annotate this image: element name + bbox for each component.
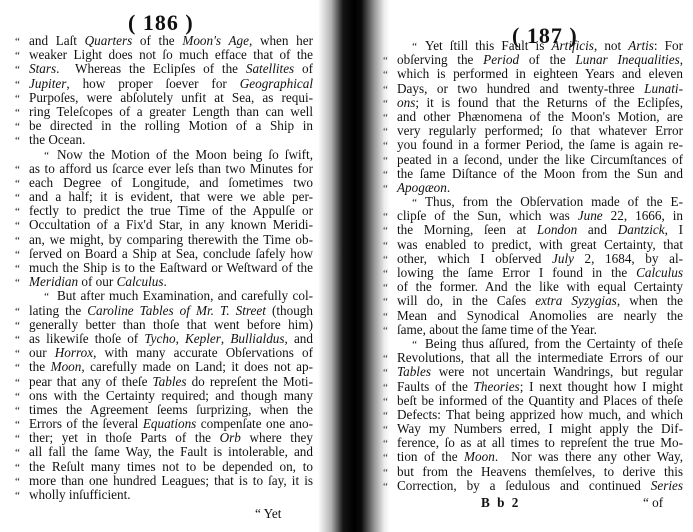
text-line: “Mean and Synodical Anomolies are nearly… xyxy=(383,309,683,323)
text-line: “the ſame Diſtance of the Moon from the … xyxy=(383,167,683,181)
quote-mark: “ xyxy=(15,446,29,460)
quote-mark: “ xyxy=(15,63,29,77)
text-line: “the Reſult many times not to be depende… xyxy=(15,460,313,474)
line-text: Yet ſtill this Fault is Artificis, not A… xyxy=(421,39,683,53)
line-text: Errors of the ſeveral Equations compenſa… xyxy=(29,417,313,431)
quote-mark: “ xyxy=(15,92,29,106)
text-line: “very regularly performed; ſo that whate… xyxy=(383,124,683,138)
line-text: Jupiter, how proper ſoever for Geographi… xyxy=(29,77,313,91)
line-text: other, which I obſerved July 2, 1684, by… xyxy=(397,252,683,266)
line-text: our Horrox, with many accurate Obſervati… xyxy=(29,346,313,360)
line-text: ference, ſo as at all times to repreſent… xyxy=(397,436,683,450)
line-text: Mean and Synodical Anomolies are nearly … xyxy=(397,309,683,323)
text-line: “Meridian of our Calculus. xyxy=(15,275,313,289)
line-text: ſerved on Board a Ship at Sea, conclude … xyxy=(29,247,313,261)
quote-mark: “ xyxy=(15,191,29,205)
quote-mark: “ xyxy=(15,404,29,418)
text-line: “fectly to predict the true Time of the … xyxy=(15,204,313,218)
line-text: Now the Motion of the Moon being ſo ſwif… xyxy=(53,148,313,162)
line-text: the Moon, carefully made on Land; it doe… xyxy=(29,360,313,374)
line-text: and a half; it is evident, that were we … xyxy=(29,190,313,204)
line-text: Defects: That being apprized how much, a… xyxy=(397,408,683,422)
signature-mark: B b 2 xyxy=(481,495,520,511)
line-text: but from the Heavens themſelves, to deri… xyxy=(397,465,683,479)
line-text: Occultation of a Fix'd Star, in any know… xyxy=(29,218,313,232)
quote-mark: “ xyxy=(15,248,29,262)
text-line: “be directed in the rolling Motion of a … xyxy=(15,119,313,133)
line-text: Way my Numbers erred, I might apply the … xyxy=(397,422,683,436)
quote-mark: “ xyxy=(15,390,29,404)
text-line: “you found in a former Period, the ſame … xyxy=(383,138,683,152)
text-line: “Stars. Whereas the Eclipſes of the Sate… xyxy=(15,62,313,76)
text-line: “Now the Motion of the Moon being ſo ſwi… xyxy=(15,148,313,162)
text-line: “Occultation of a Fix'd Star, in any kno… xyxy=(15,218,313,232)
text-line: “Correction, by a ſedulous and continued… xyxy=(383,479,683,493)
line-text: more than one hundred Leagues; that is t… xyxy=(29,474,313,488)
line-text: Tables were not uncertain Wandrings, but… xyxy=(397,365,683,379)
text-line: “tion of the Moon. Nor was there any oth… xyxy=(383,450,683,464)
text-line: “But after much Examination, and careful… xyxy=(15,289,313,303)
quote-mark: “ xyxy=(15,234,29,248)
text-line: “our Horrox, with many accurate Obſervat… xyxy=(15,346,313,360)
text-line: “the Morning, ſeen at London and Dantzic… xyxy=(383,223,683,237)
line-text: pear that any of theſe Tables do repreſe… xyxy=(29,375,313,389)
text-line: “as to afford us ſcarce ever leſs than t… xyxy=(15,162,313,176)
line-text: Meridian of our Calculus. xyxy=(29,275,313,289)
text-line: “will do, in the Caſes extra Syzygias, w… xyxy=(383,294,683,308)
text-line: “times the Agreement ſeems ſurprizing, w… xyxy=(15,403,313,417)
text-line: “ring Teleſcopes of a greater Length tha… xyxy=(15,105,313,119)
text-line: “ſame, about the ſame time of the Year. xyxy=(383,323,683,337)
text-line: “pear that any of theſe Tables do repreſ… xyxy=(15,375,313,389)
text-line: “beſt be informed of the Quantity and Pl… xyxy=(383,394,683,408)
line-text: ring Teleſcopes of a greater Length than… xyxy=(29,105,313,119)
text-line: “Jupiter, how proper ſoever for Geograph… xyxy=(15,77,313,91)
line-text: the Morning, ſeen at London and Dantzick… xyxy=(397,223,683,237)
catchword: “ of xyxy=(643,495,663,511)
quote-mark: “ xyxy=(15,489,29,503)
line-text: Being thus aſſured, from the Certainty o… xyxy=(421,337,683,351)
text-line: “ference, ſo as at all times to repreſen… xyxy=(383,436,683,450)
line-text: tion of the Moon. Nor was there any othe… xyxy=(397,450,683,464)
text-line: “and other Phænomena of the Moon's Motio… xyxy=(383,110,683,124)
line-text: weaker Light does not ſo much efface tha… xyxy=(29,48,313,62)
text-line: “obſerving the Period of the Lunar Inequ… xyxy=(383,53,683,67)
text-line: “clipſe of the Sun, which was June 22, 1… xyxy=(383,209,683,223)
text-line: “other, which I obſerved July 2, 1684, b… xyxy=(383,252,683,266)
text-line: “weaker Light does not ſo much efface th… xyxy=(15,48,313,62)
right-page: ( 187 ) “Yet ſtill this Fault is Artific… xyxy=(353,0,693,532)
text-line: “Days, or two hundred and twenty-three L… xyxy=(383,82,683,96)
text-line: “ſerved on Board a Ship at Sea, conclude… xyxy=(15,247,313,261)
line-text: clipſe of the Sun, which was June 22, 16… xyxy=(397,209,683,223)
quote-mark: “ xyxy=(15,163,29,177)
line-text: ſame, about the ſame time of the Year. xyxy=(397,323,683,337)
line-text: But after much Examination, and carefull… xyxy=(53,289,313,303)
quote-mark: “ xyxy=(15,305,29,319)
right-page-text: “Yet ſtill this Fault is Artificis, not … xyxy=(383,39,683,493)
line-text: Stars. Whereas the Eclipſes of the Satel… xyxy=(29,62,313,76)
text-line: “ons; it is found that the Returns of th… xyxy=(383,96,683,110)
text-line: “Defects: That being apprized how much, … xyxy=(383,408,683,422)
line-text: Purpoſes, were abſolutely unfit at Sea, … xyxy=(29,91,313,105)
line-text: beſt be informed of the Quantity and Pla… xyxy=(397,394,683,408)
line-text: the ſame Diſtance of the Moon from the S… xyxy=(397,167,683,181)
line-text: Thus, from the Obſervation made of the E… xyxy=(421,195,683,209)
quote-mark: “ xyxy=(15,120,29,134)
line-text: times the Agreement ſeems ſurprizing, wh… xyxy=(29,403,313,417)
text-line: “Apogæon. xyxy=(383,181,683,195)
line-text: each Degree of Longitude, and ſometimes … xyxy=(29,176,313,190)
line-text: obſerving the Period of the Lunar Inequa… xyxy=(397,53,683,67)
quote-mark: “ xyxy=(15,475,29,489)
text-line: “wholly inſufficient. xyxy=(15,488,313,502)
quote-mark: “ xyxy=(15,262,29,276)
text-line: “Thus, from the Obſervation made of the … xyxy=(383,195,683,209)
quote-mark: “ xyxy=(15,418,29,432)
line-text: fectly to predict the true Time of the A… xyxy=(29,204,313,218)
text-line: “an, we might, by comparing therewith th… xyxy=(15,233,313,247)
text-line: “of the former. And the like with equal … xyxy=(383,280,683,294)
line-text: as likewiſe thoſe of Tycho, Kepler, Bull… xyxy=(29,332,313,346)
quote-mark: “ xyxy=(15,177,29,191)
line-text: an, we might, by comparing therewith the… xyxy=(29,233,313,247)
quote-mark: “ xyxy=(15,219,29,233)
line-text: of the former. And the like with equal C… xyxy=(397,280,683,294)
page-number-186: ( 186 ) xyxy=(128,12,194,34)
line-text: as to afford us ſcarce ever leſs than tw… xyxy=(29,162,313,176)
text-line: “ther; yet in thoſe Parts of the Orb whe… xyxy=(15,431,313,445)
text-line: “Being thus aſſured, from the Certainty … xyxy=(383,337,683,351)
quote-mark: “ xyxy=(15,361,29,375)
line-text: generally better than thoſe that went be… xyxy=(29,318,313,332)
line-text: peated in a ſecond, under the like Circu… xyxy=(397,153,683,167)
quote-mark: “ xyxy=(15,432,29,446)
quote-mark: “ xyxy=(15,205,29,219)
text-line: “was enabled to predict, with great Cert… xyxy=(383,238,683,252)
quote-mark: “ xyxy=(15,35,29,49)
line-text: you found in a former Period, the ſame i… xyxy=(397,138,683,152)
line-text: the Reſult many times not to be depended… xyxy=(29,460,313,474)
line-text: wholly inſufficient. xyxy=(29,488,313,502)
line-text: and Laſt Quarters of the Moon's Age, whe… xyxy=(29,34,313,48)
line-text: ons; it is found that the Returns of the… xyxy=(397,96,683,110)
quote-mark: “ xyxy=(15,134,29,148)
quote-mark: “ xyxy=(15,49,29,63)
text-line: “each Degree of Longitude, and ſometimes… xyxy=(15,176,313,190)
quote-mark: “ xyxy=(15,347,29,361)
line-text: all fall the ſame Way, the Fault is into… xyxy=(29,445,313,459)
text-line: “much the Ship is to the Eaſtward or Weſ… xyxy=(15,261,313,275)
text-line: “Revolutions, that all the intermediate … xyxy=(383,351,683,365)
text-line: “and a half; it is evident, that were we… xyxy=(15,190,313,204)
line-text: and other Phænomena of the Moon's Motion… xyxy=(397,110,683,124)
text-line: “more than one hundred Leagues; that is … xyxy=(15,474,313,488)
line-text: ther; yet in thoſe Parts of the Orb wher… xyxy=(29,431,313,445)
line-text: very regularly performed; ſo that whatev… xyxy=(397,124,683,138)
text-line: “lowing the ſame Error I found in the Ca… xyxy=(383,266,683,280)
quote-mark: “ xyxy=(15,376,29,390)
quote-mark: “ xyxy=(15,106,29,120)
line-text: Apogæon. xyxy=(397,181,683,195)
line-text: ons with the Certainty required; and tho… xyxy=(29,389,313,403)
line-text: Correction, by a ſedulous and continued … xyxy=(397,479,683,493)
text-line: “lating the Caroline Tables of Mr. T. St… xyxy=(15,304,313,318)
line-text: much the Ship is to the Eaſtward or Weſt… xyxy=(29,261,313,275)
catchword: “ Yet xyxy=(255,506,281,522)
book-spread: ( 186 ) “and Laſt Quarters of the Moon's… xyxy=(0,0,693,532)
text-line: “but from the Heavens themſelves, to der… xyxy=(383,465,683,479)
line-text: Days, or two hundred and twenty-three Lu… xyxy=(397,82,683,96)
book-gutter-shadow xyxy=(318,0,390,532)
text-line: “the Moon, carefully made on Land; it do… xyxy=(15,360,313,374)
left-page: ( 186 ) “and Laſt Quarters of the Moon's… xyxy=(0,0,340,532)
text-line: “Tables were not uncertain Wandrings, bu… xyxy=(383,365,683,379)
text-line: “which is performed in eighteen Years an… xyxy=(383,67,683,81)
left-page-text: “and Laſt Quarters of the Moon's Age, wh… xyxy=(15,34,313,502)
line-text: lowing the ſame Error I found in the Cal… xyxy=(397,266,683,280)
line-text: Faults of the Theories; I next thought h… xyxy=(397,380,683,394)
line-text: was enabled to predict, with great Certa… xyxy=(397,238,683,252)
text-line: “Yet ſtill this Fault is Artificis, not … xyxy=(383,39,683,53)
text-line: “Errors of the ſeveral Equations compenſ… xyxy=(15,417,313,431)
text-line: “the Ocean. xyxy=(15,133,313,147)
line-text: Revolutions, that all the intermediate E… xyxy=(397,351,683,365)
line-text: will do, in the Caſes extra Syzygias, wh… xyxy=(397,294,683,308)
text-line: “Purpoſes, were abſolutely unfit at Sea,… xyxy=(15,91,313,105)
quote-mark: “ xyxy=(15,78,29,92)
text-line: “ons with the Certainty required; and th… xyxy=(15,389,313,403)
quote-mark: “ xyxy=(15,319,29,333)
line-text: the Ocean. xyxy=(29,133,313,147)
text-line: “peated in a ſecond, under the like Circ… xyxy=(383,153,683,167)
line-text: which is performed in eighteen Years and… xyxy=(397,67,683,81)
text-line: “all fall the ſame Way, the Fault is int… xyxy=(15,445,313,459)
text-line: “as likewiſe thoſe of Tycho, Kepler, Bul… xyxy=(15,332,313,346)
text-line: “Way my Numbers erred, I might apply the… xyxy=(383,422,683,436)
text-line: “Faults of the Theories; I next thought … xyxy=(383,380,683,394)
line-text: lating the Caroline Tables of Mr. T. Str… xyxy=(29,304,313,318)
quote-mark: “ xyxy=(15,276,29,290)
line-text: be directed in the rolling Motion of a S… xyxy=(29,119,313,133)
text-line: “and Laſt Quarters of the Moon's Age, wh… xyxy=(15,34,313,48)
text-line: “generally better than thoſe that went b… xyxy=(15,318,313,332)
quote-mark: “ xyxy=(15,461,29,475)
quote-mark: “ xyxy=(15,333,29,347)
